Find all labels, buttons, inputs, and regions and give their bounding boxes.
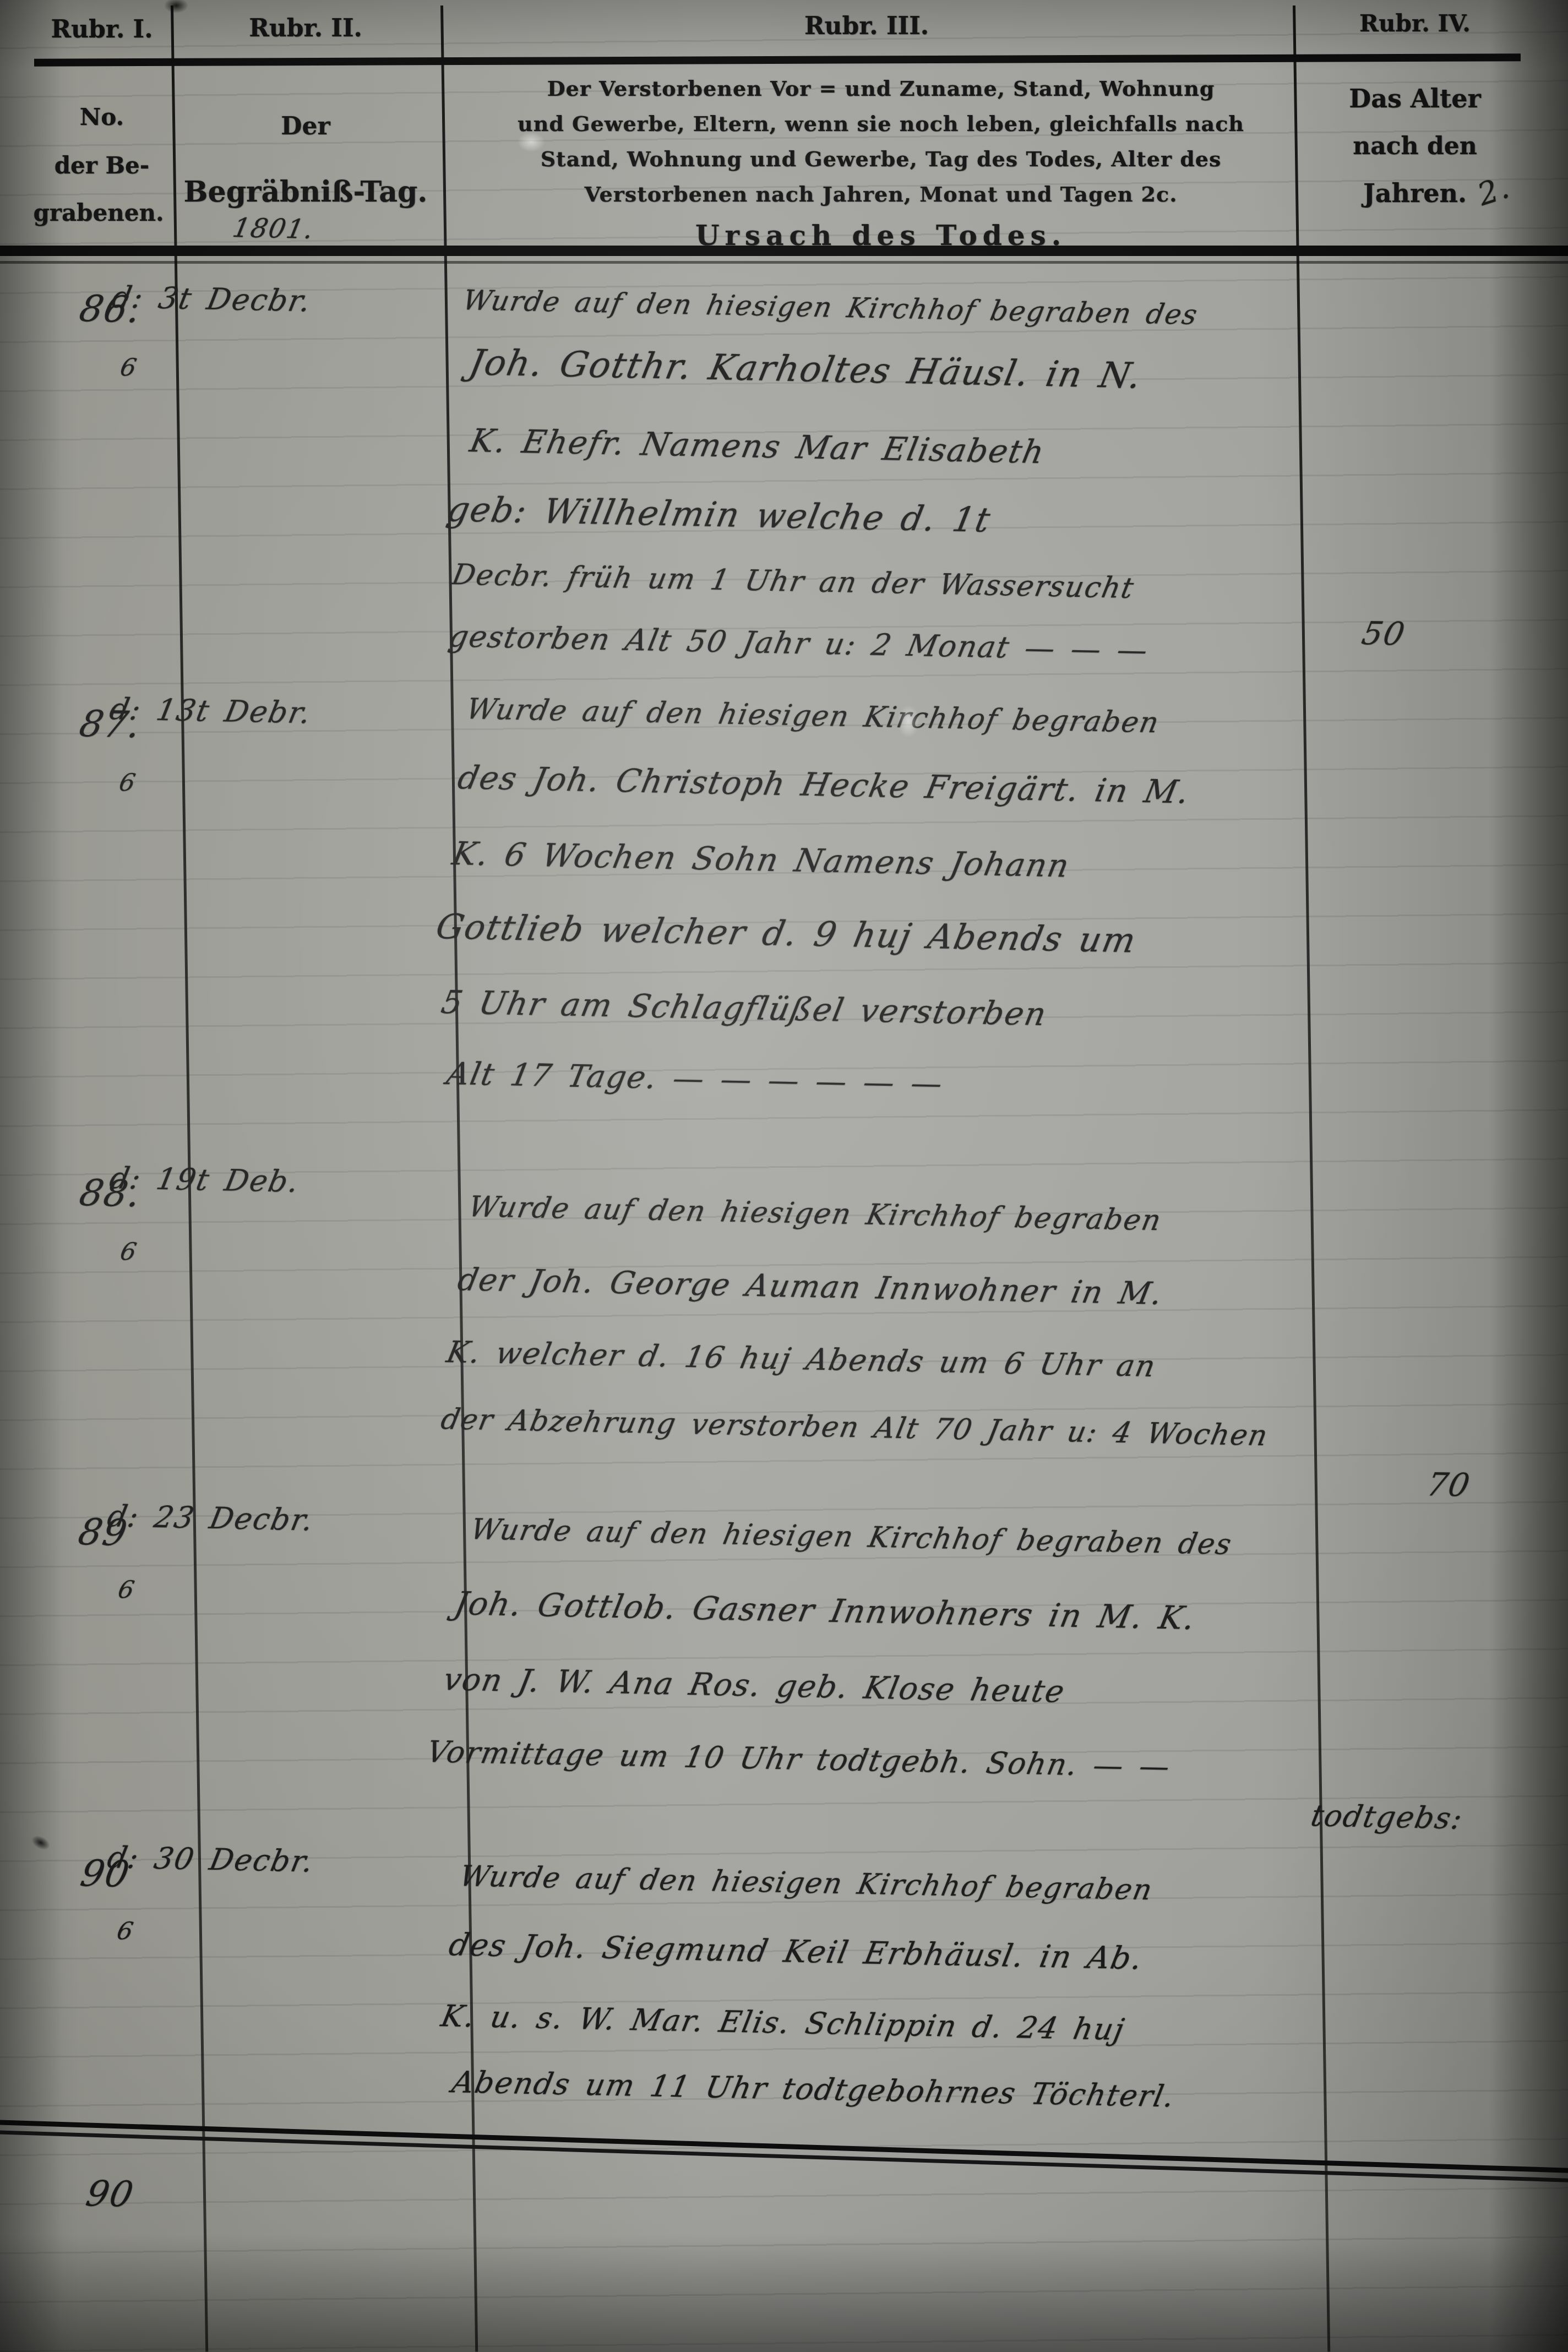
entry-age-value: 50 [1359,614,1409,653]
rubric-1-label: Rubr. I. [34,15,170,43]
entry-text-line: K. u. s. W. Mar. Elis. Schlippin d. 24 h… [438,1999,1128,2047]
entry-text-line: K. welcher d. 16 huj Abends um 6 Uhr an [444,1335,1159,1384]
entry-text-line: der Joh. George Auman Innwohner in M. [455,1262,1166,1312]
col4-header-line2: nach den [1299,132,1531,160]
ink-blot [29,1833,52,1853]
entry-burial-date: d: 23 Decbr. [105,1499,317,1538]
entry-text-line: Gottlieb welcher d. 9 huj Abends um [433,906,1140,961]
col2-header-year: 1801. [230,213,317,245]
entry-burial-date: d: 13t Debr. [107,692,314,730]
rubric-4-label: Rubr. IV. [1294,10,1536,37]
col2-header-title: Begräbniß-Tag. [172,175,439,209]
entry-burial-date: d: 19t Deb. [107,1161,303,1199]
entry-text-line: K. 6 Wochen Sohn Namens Johann [449,835,1073,885]
entry-text-line: Vormittage um 10 Uhr todtgebh. Sohn. — — [424,1734,1174,1784]
entry-text-line: Abends um 11 Uhr todtgebohrnes Töchterl. [449,2065,1178,2114]
entry-burial-date: d: 3t Decbr. [109,280,314,318]
date-flourish: 6 [116,1576,138,1604]
header-rule-bottom-echo [0,261,1568,264]
register-page: Rubr. I. Rubr. II. Rubr. III. Rubr. IV. … [0,0,1568,2352]
entry-text-line: gestorben Alt 50 Jahr u: 2 Monat — — — [446,619,1152,668]
col1-header-line1: No. [34,104,170,130]
col1-header-line2: der Be- [34,152,170,179]
ink-blot [164,0,188,13]
entry-text-line: Wurde auf den hiesigen Kirchhof begraben [464,693,1162,739]
paper-spot [518,132,545,152]
entry-text-line: Wurde auf den hiesigen Kirchhof begraben… [468,1513,1235,1561]
entry-age-value: 70 [1424,1466,1474,1504]
entry-text-line: 5 Uhr am Schlagflüßel verstorben [438,983,1050,1033]
col2-header-der: Der [172,112,439,140]
footer-carry-number: 90 [83,2174,138,2215]
entry-text-line: Wurde auf den hiesigen Kirchhof begraben [457,1860,1156,1907]
col1-header-line3: grabenen. [28,199,170,226]
entry-burial-date: d: 30 Decbr. [105,1840,317,1879]
entry-text-line: von J. W. Ana Ros. geb. Klose heute [440,1662,1068,1710]
column-divider-3 [1293,6,1330,2352]
entry-text-line: Joh. Gottlob. Gasner Innwohners in M. K. [451,1585,1199,1637]
col3-header-line3: Stand, Wohnung und Gewerbe, Tag des Tode… [484,146,1277,171]
date-flourish: 6 [117,769,139,797]
header-rule-top [34,53,1521,66]
entry-text-line: Joh. Gotthr. Karholtes Häusl. in N. [466,342,1146,397]
entry-text-line: des Joh. Christoph Hecke Freigärt. in M. [455,759,1193,811]
date-flourish: 6 [118,1238,140,1266]
entry-text-line: des Joh. Siegmund Keil Erbhäusl. in Ab. [446,1927,1146,1977]
entry-text-line: Decbr. früh um 1 Uhr an der Wassersucht [449,558,1137,605]
date-flourish: 6 [115,1917,137,1946]
rubric-3-label: Rubr. III. [442,12,1292,40]
entry-text-line: Wurde auf den hiesigen Kirchhof begraben… [460,284,1201,331]
entry-text-line: geb: Willhelmin welche d. 1t [444,489,994,540]
col3-header-line4: Verstorbenen nach Jahren, Monat und Tage… [484,182,1277,206]
entry-text-line: Wurde auf den hiesigen Kirchhof begraben [466,1190,1164,1237]
rubric-2-label: Rubr. II. [172,14,439,42]
date-flourish: 6 [118,353,140,382]
entry-text-line: Alt 17 Tage. — — — — — — [444,1056,946,1102]
entry-age-value: todtgebs: [1308,1798,1466,1836]
entry-text-line: K. Ehefr. Namens Mar Elisabeth [467,422,1048,471]
col4-header-line1: Das Alter [1299,84,1531,113]
entry-text-line: der Abzehrung verstorben Alt 70 Jahr u: … [438,1403,1271,1452]
paper-spot [897,705,919,738]
col3-header-line2: und Gewerbe, Eltern, wenn sie noch leben… [484,111,1277,136]
col3-header-cause: Ursach des Todes. [484,219,1277,252]
col3-header-line1: Der Verstorbenen Vor = und Zuname, Stand… [484,76,1277,101]
closing-double-rule [0,2120,1568,2184]
